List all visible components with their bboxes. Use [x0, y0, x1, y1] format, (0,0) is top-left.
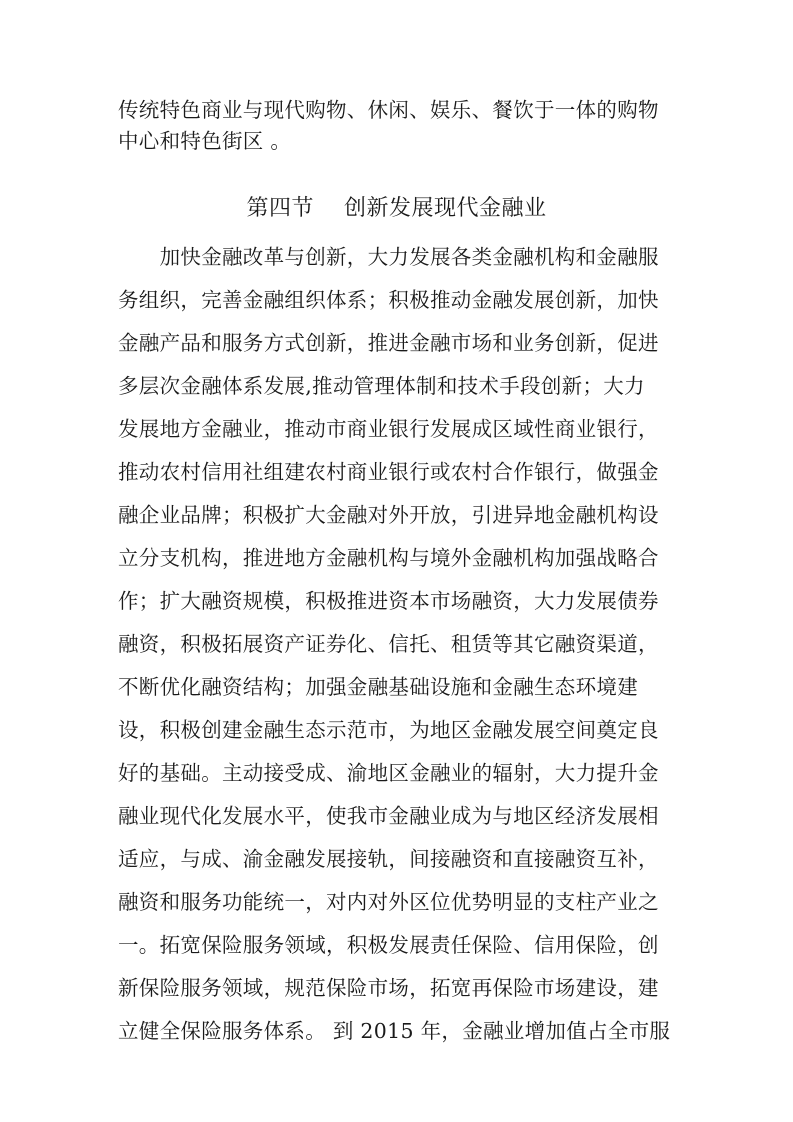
body-line-13: 好的基础。主动接受成、渝地区金融业的辐射，大力提升金 — [118, 760, 678, 786]
body-line-17: 一。拓宽保险服务领域，积极发展责任保险、信用保险，创 — [118, 932, 678, 958]
paragraph-carryover-line-2: 中心和特色街区 。 — [118, 128, 678, 154]
body-line-12: 设，积极创建金融生态示范市，为地区金融发展空间奠定良 — [118, 717, 678, 743]
document-page: 传统特色商业与现代购物、休闲、娱乐、餐饮于一体的购物 中心和特色街区 。 第四节… — [0, 0, 793, 1122]
body-line-1: 加快金融改革与创新，大力发展各类金融机构和金融服 — [118, 244, 678, 270]
body-line-8: 立分支机构，推进地方金融机构与境外金融机构加强战略合 — [118, 545, 678, 571]
body-line-2: 务组织，完善金融组织体系；积极推动金融发展创新，加快 — [118, 287, 678, 313]
body-line-7: 融企业品牌；积极扩大金融对外开放，引进异地金融机构设 — [118, 502, 678, 528]
body-line-14: 融业现代化发展水平，使我市金融业成为与地区经济发展相 — [118, 803, 678, 829]
body-line-11: 不断优化融资结构；加强金融基础设施和金融生态环境建 — [118, 674, 678, 700]
body-line-3: 金融产品和服务方式创新，推进金融市场和业务创新，促进 — [118, 330, 678, 356]
body-line-19: 立健全保险服务体系。 到 2015 年，金融业增加值占全市服 — [118, 1018, 678, 1044]
body-line-4: 多层次金融体系发展,推动管理体制和技术手段创新；大力 — [118, 373, 678, 399]
body-line-9: 作；扩大融资规模，积极推进资本市场融资，大力发展债券 — [118, 588, 678, 614]
body-line-18: 新保险服务领域，规范保险市场，拓宽再保险市场建设，建 — [118, 975, 678, 1001]
body-line-15: 适应，与成、渝金融发展接轨，间接融资和直接融资互补， — [118, 846, 678, 872]
body-line-5: 发展地方金融业，推动市商业银行发展成区域性商业银行， — [118, 416, 678, 442]
paragraph-carryover-line-1: 传统特色商业与现代购物、休闲、娱乐、餐饮于一体的购物 — [118, 97, 678, 123]
section-heading: 第四节 创新发展现代金融业 — [0, 194, 793, 224]
body-line-16: 融资和服务功能统一，对内对外区位优势明显的支柱产业之 — [118, 889, 678, 915]
body-line-6: 推动农村信用社组建农村商业银行或农村合作银行，做强金 — [118, 459, 678, 485]
body-line-10: 融资，积极拓展资产证券化、信托、租赁等其它融资渠道， — [118, 631, 678, 657]
